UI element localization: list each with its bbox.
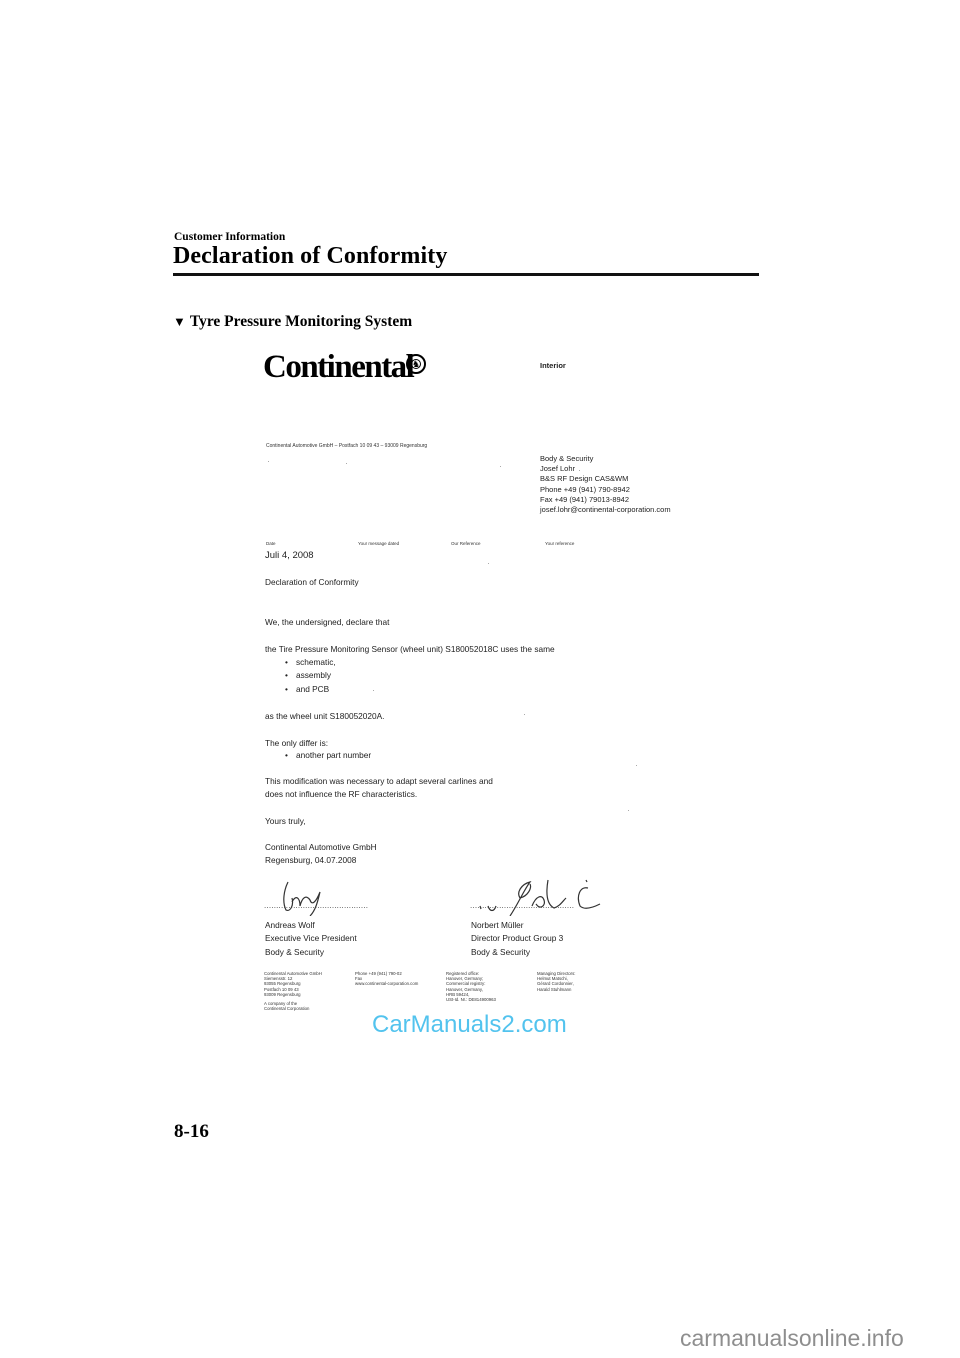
- place-date: Regensburg, 04.07.2008: [265, 854, 356, 867]
- signer-division: Body & Security: [265, 946, 357, 959]
- footer-phone: Phone +49 (941) 790-02 Fax www.continent…: [355, 971, 418, 987]
- signature-line-left: ........................................…: [264, 901, 368, 910]
- footer-directors: Managing Directors: Helmut Matschi, Géra…: [537, 971, 575, 992]
- signer-title: Director Product Group 3: [471, 932, 563, 945]
- your-reference-label: Your reference: [545, 541, 574, 546]
- contact-line: Body & Security: [540, 454, 671, 464]
- horse-emblem-icon: ♞: [406, 354, 426, 374]
- contact-block: Body & Security Josef Lohr B&S RF Design…: [540, 454, 671, 515]
- continental-logo: Continental: [263, 347, 413, 387]
- paragraph-sensor: the Tire Pressure Monitoring Sensor (whe…: [265, 643, 555, 656]
- differ-list: •another part number: [285, 749, 371, 762]
- signature-mueller-icon: [470, 876, 610, 916]
- signer-title: Executive Vice President: [265, 932, 357, 945]
- subsection-title: Tyre Pressure Monitoring System: [190, 313, 412, 330]
- paragraph-declare: We, the undersigned, declare that: [265, 616, 389, 629]
- list-item: •assembly: [285, 669, 336, 682]
- page-number: 8-16: [174, 1121, 209, 1143]
- contact-line: Josef Lohr: [540, 464, 671, 474]
- signer-name: Andreas Wolf: [265, 919, 357, 932]
- date-label: Date: [266, 541, 276, 546]
- department-label: Interior: [540, 361, 566, 370]
- contact-line: B&S RF Design CAS&WM: [540, 474, 671, 484]
- our-reference-label: Our Reference: [451, 541, 481, 546]
- watermark-link[interactable]: CarManuals2.com: [372, 1011, 567, 1039]
- list-item: •and PCB: [285, 683, 336, 696]
- signature-wolf-icon: [270, 876, 410, 916]
- sender-address-line: Continental Automotive GmbH – Postfach 1…: [266, 443, 427, 449]
- page-title: Declaration of Conformity: [173, 243, 447, 270]
- letter-date: Juli 4, 2008: [265, 550, 314, 561]
- triangle-down-icon: ▼: [173, 314, 186, 330]
- paragraph-modification-1: This modification was necessary to adapt…: [265, 775, 493, 788]
- signer-division: Body & Security: [471, 946, 563, 959]
- your-message-label: Your message dated: [358, 541, 399, 546]
- company-name: Continental Automotive GmbH: [265, 841, 377, 854]
- same-items-list: •schematic, •assembly •and PCB: [285, 656, 336, 696]
- title-divider: [173, 273, 759, 276]
- paragraph-wheel-unit: as the wheel unit S180052020A.: [265, 710, 384, 723]
- site-watermark: carmanualsonline.info: [680, 1325, 904, 1352]
- paragraph-modification-2: does not influence the RF characteristic…: [265, 788, 417, 801]
- section-label: Customer Information: [174, 231, 285, 243]
- footer-address: Continental Automotive GmbH Siemensstr. …: [264, 971, 322, 1011]
- letter-subject: Declaration of Conformity: [265, 577, 359, 587]
- signer-mueller: Norbert Müller Director Product Group 3 …: [471, 919, 563, 959]
- closing: Yours truly,: [265, 815, 306, 828]
- subsection-heading: ▼Tyre Pressure Monitoring System: [173, 313, 412, 331]
- signer-name: Norbert Müller: [471, 919, 563, 932]
- list-item: •schematic,: [285, 656, 336, 669]
- contact-line: Phone +49 (941) 790-8942: [540, 485, 671, 495]
- contact-email: josef.lohr@continental-corporation.com: [540, 505, 671, 515]
- signer-wolf: Andreas Wolf Executive Vice President Bo…: [265, 919, 357, 959]
- footer-registered: Registered office: Hanover, Germany; Com…: [446, 971, 496, 1002]
- signature-line-right: ........................................…: [470, 901, 574, 910]
- list-item: •another part number: [285, 749, 371, 762]
- contact-line: Fax +49 (941) 79013-8942: [540, 495, 671, 505]
